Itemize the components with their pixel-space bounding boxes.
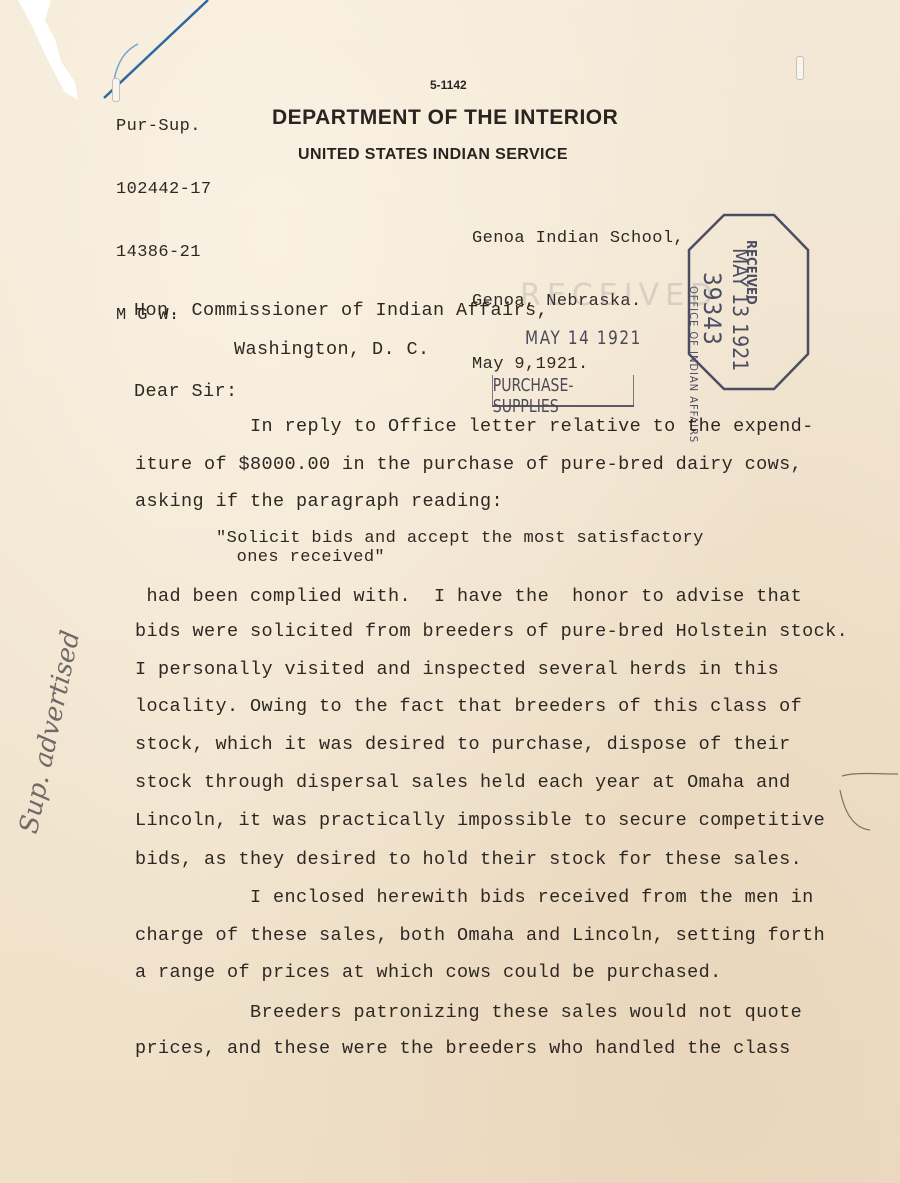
stamp-received-date: MAY 13 1921 bbox=[728, 248, 752, 388]
body-line: stock, which it was desired to purchase,… bbox=[135, 734, 791, 755]
body-line: I personally visited and inspected sever… bbox=[135, 659, 779, 680]
body-line: charge of these sales, both Omaha and Li… bbox=[135, 925, 825, 946]
file-ref: Pur-Sup. bbox=[116, 116, 211, 137]
addressee-line: Hon. Commissioner of Indian Affairs, bbox=[134, 300, 548, 321]
division-stamp: PURCHASE-SUPPLIES bbox=[492, 375, 634, 407]
faded-received-stamp: RECEIVED bbox=[520, 278, 719, 313]
body-line: I enclosed herewith bids received from t… bbox=[135, 887, 814, 908]
body-line: Breeders patronizing these sales would n… bbox=[135, 1002, 802, 1023]
body-line: bids were solicited from breeders of pur… bbox=[135, 621, 848, 642]
letter-date: May 9,1921. bbox=[472, 354, 684, 375]
body-line: asking if the paragraph reading: bbox=[135, 491, 503, 512]
addressee-city: Washington, D. C. bbox=[234, 339, 430, 360]
file-ref: 102442-17 bbox=[116, 179, 211, 200]
service-title: UNITED STATES INDIAN SERVICE bbox=[298, 146, 568, 164]
pencil-margin-note: Sup. advertised bbox=[14, 517, 110, 836]
body-line: had been complied with. I have the honor… bbox=[135, 586, 802, 607]
salutation: Dear Sir: bbox=[134, 381, 238, 402]
department-title: DEPARTMENT OF THE INTERIOR bbox=[272, 106, 618, 130]
staple-hole-right bbox=[796, 56, 804, 80]
body-line: locality. Owing to the fact that breeder… bbox=[135, 696, 802, 717]
body-line: a range of prices at which cows could be… bbox=[135, 962, 722, 983]
body-line: iture of $8000.00 in the purchase of pur… bbox=[135, 454, 802, 475]
form-number: 5-1142 bbox=[430, 78, 467, 92]
body-line: In reply to Office letter relative to th… bbox=[135, 416, 814, 437]
date-stamp: MAY 14 1921 bbox=[525, 327, 642, 349]
body-line: stock through dispersal sales held each … bbox=[135, 772, 791, 793]
body-line: prices, and these were the breeders who … bbox=[135, 1038, 791, 1059]
pencil-margin-marks bbox=[836, 760, 900, 840]
torn-corner bbox=[18, 0, 78, 100]
body-line: bids, as they desired to hold their stoc… bbox=[135, 849, 802, 870]
quoted-paragraph: "Solicit bids and accept the most satisf… bbox=[216, 529, 704, 548]
file-ref: 14386-21 bbox=[116, 242, 211, 263]
body-line: Lincoln, it was practically impossible t… bbox=[135, 810, 825, 831]
quoted-paragraph: ones received" bbox=[226, 548, 385, 567]
sender-line: Genoa Indian School, bbox=[472, 228, 684, 249]
